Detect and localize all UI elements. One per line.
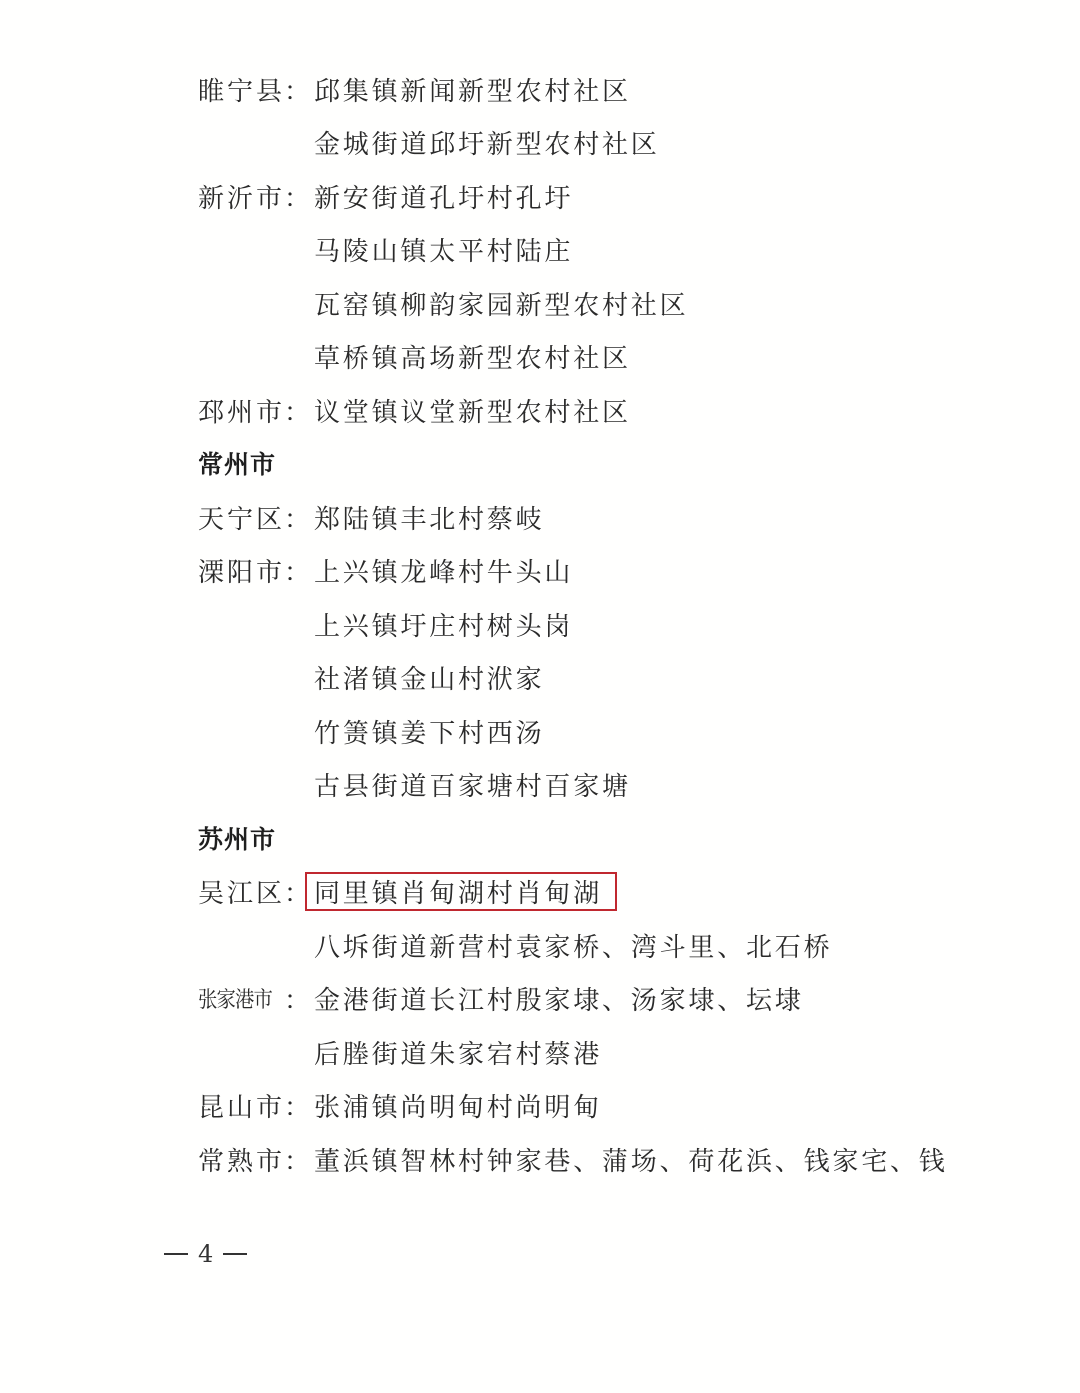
village-name: 新安街道孔圩村孔圩 [314,178,573,215]
village-name: 后塍街道朱家宕村蔡港 [314,1034,602,1071]
city-heading: 苏州市 [198,820,276,856]
village-name: 竹箦镇姜下村西汤 [314,713,544,750]
village-name: 瓦窑镇柳韵家园新型农村社区 [314,285,688,322]
entry-row-changshu: 常熟市 ： 董浜镇智林村钟家巷、蒲场、荷花浜、钱家宅、钱 [198,1139,948,1179]
village-name: 马陵山镇太平村陆庄 [314,231,573,268]
colon: ： [284,178,314,215]
village-name: 邱集镇新闻新型农村社区 [314,71,631,108]
entry-row-xinyi: 新沂市 ： 新安街道孔圩村孔圩 [198,176,573,216]
section-heading-changzhou: 常州市 [198,443,276,483]
county-label: 溧阳市 [198,552,284,589]
colon: ： [284,392,314,429]
colon: ： [284,71,314,108]
city-heading: 常州市 [198,445,276,481]
colon: ： [284,873,314,910]
page-number: 4 [164,1240,247,1268]
continuation-row: 上兴镇圩庄村树头岗 [198,604,573,644]
continuation-row: 草桥镇高场新型农村社区 [198,336,631,376]
village-name: 八坼街道新营村袁家桥、湾斗里、北石桥 [314,927,832,964]
entry-row-tianning: 天宁区 ： 郑陆镇丰北村蔡岐 [198,497,544,537]
village-name: 金城街道邱圩新型农村社区 [314,124,660,161]
continuation-row: 马陵山镇太平村陆庄 [198,229,573,269]
village-name: 金港街道长江村殷家埭、汤家埭、坛埭 [314,980,804,1017]
colon: ： [284,499,314,536]
entry-row-suining: 睢宁县 ： 邱集镇新闻新型农村社区 [198,69,631,109]
continuation-row: 金城街道邱圩新型农村社区 [198,122,660,162]
continuation-row: 社渚镇金山村洑家 [198,657,544,697]
county-label: 常熟市 [198,1141,284,1178]
county-label: 睢宁县 [198,71,284,108]
continuation-row: 后塍街道朱家宕村蔡港 [198,1032,602,1072]
entry-row-wujiang: 吴江区 ： 同里镇肖甸湖村肖甸湖 [198,871,602,911]
page-number-value: 4 [198,1240,213,1268]
colon: ： [284,980,314,1017]
entry-row-zhangjiagang: 张家港市 ： 金港街道长江村殷家埭、汤家埭、坛埭 [198,978,804,1018]
village-name-highlighted: 同里镇肖甸湖村肖甸湖 [314,873,602,910]
section-heading-suzhou: 苏州市 [198,818,276,858]
entry-row-kunshan: 昆山市 ： 张浦镇尚明甸村尚明甸 [198,1085,602,1125]
village-name: 社渚镇金山村洑家 [314,659,544,696]
continuation-row: 八坼街道新营村袁家桥、湾斗里、北石桥 [198,925,832,965]
continuation-row: 古县街道百家塘村百家塘 [198,764,631,804]
document-page: 睢宁县 ： 邱集镇新闻新型农村社区 金城街道邱圩新型农村社区 新沂市 ： 新安街… [0,0,1080,1393]
entry-row-liyang: 溧阳市 ： 上兴镇龙峰村牛头山 [198,550,573,590]
continuation-row: 瓦窑镇柳韵家园新型农村社区 [198,283,688,323]
county-label: 天宁区 [198,499,284,536]
dash-left [164,1253,188,1255]
colon: ： [284,1141,314,1178]
continuation-row: 竹箦镇姜下村西汤 [198,711,544,751]
county-label: 新沂市 [198,178,284,215]
dash-right [223,1253,247,1255]
village-name: 古县街道百家塘村百家塘 [314,766,631,803]
colon: ： [284,1087,314,1124]
village-name: 郑陆镇丰北村蔡岐 [314,499,544,536]
county-label: 昆山市 [198,1087,284,1124]
county-label: 张家港市 [198,983,274,1014]
village-name: 上兴镇龙峰村牛头山 [314,552,573,589]
village-name: 董浜镇智林村钟家巷、蒲场、荷花浜、钱家宅、钱 [314,1141,948,1178]
entry-row-pizhou: 邳州市 ： 议堂镇议堂新型农村社区 [198,390,631,430]
county-label: 邳州市 [198,392,284,429]
village-name: 张浦镇尚明甸村尚明甸 [314,1087,602,1124]
colon: ： [284,552,314,589]
village-name: 议堂镇议堂新型农村社区 [314,392,631,429]
village-name: 上兴镇圩庄村树头岗 [314,606,573,643]
village-name: 草桥镇高场新型农村社区 [314,338,631,375]
county-label: 吴江区 [198,873,284,910]
